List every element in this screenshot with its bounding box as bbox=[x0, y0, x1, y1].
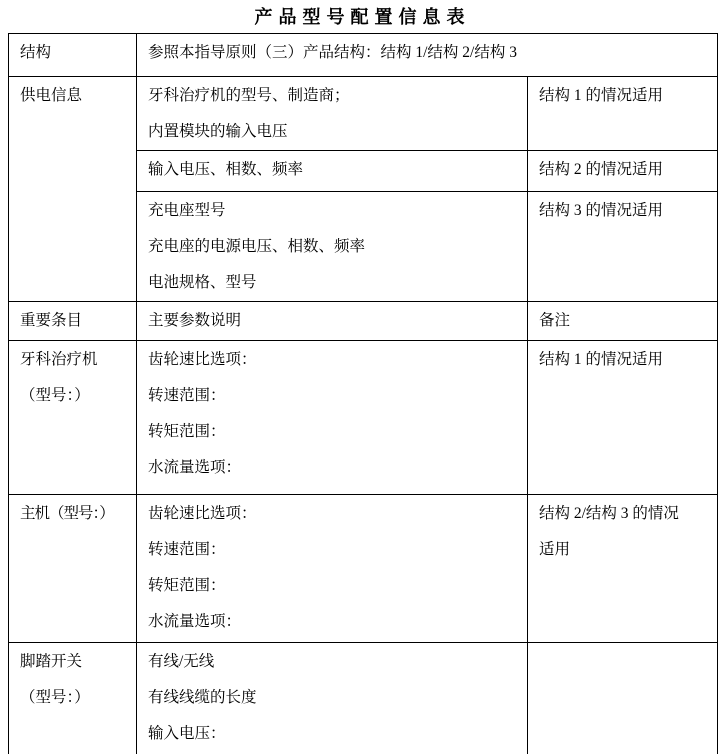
table-row-header: 重要条目 主要参数说明 备注 bbox=[9, 302, 718, 341]
cell-text: （型号：） bbox=[20, 378, 125, 414]
cell-dental-label: 牙科治疗机 （型号：） bbox=[9, 341, 137, 495]
cell-text: 牙科治疗机的型号、制造商； bbox=[148, 78, 516, 114]
cell-power-sub2-params: 输入电压、相数、频率 bbox=[137, 151, 528, 192]
cell-host-label: 主机（型号：） bbox=[9, 495, 137, 643]
cell-text: 内置模块的输入电压 bbox=[148, 114, 516, 150]
cell-power-sub1-note: 结构 1 的情况适用 bbox=[528, 77, 718, 151]
cell-text: 有线线缆的长度 bbox=[148, 680, 516, 716]
cell-text: 水流量选项： bbox=[148, 604, 516, 640]
table-row-structure: 结构 参照本指导原则（三）产品结构：结构 1/结构 2/结构 3 bbox=[9, 34, 718, 77]
cell-text: 充电座的电源电压、相数、频率 bbox=[148, 229, 516, 265]
cell-text: 结构 1 的情况适用 bbox=[539, 78, 706, 114]
cell-pedal-label: 脚踏开关 （型号：） bbox=[9, 643, 137, 754]
cell-power-label: 供电信息 bbox=[9, 77, 137, 302]
cell-power-sub1-params: 牙科治疗机的型号、制造商； 内置模块的输入电压 bbox=[137, 77, 528, 151]
cell-power-sub3-params: 充电座型号 充电座的电源电压、相数、频率 电池规格、型号 bbox=[137, 192, 528, 302]
cell-host-note: 结构 2/结构 3 的情况 适用 bbox=[528, 495, 718, 643]
cell-pedal-params: 有线/无线 有线线缆的长度 输入电压： bbox=[137, 643, 528, 754]
config-table: 结构 参照本指导原则（三）产品结构：结构 1/结构 2/结构 3 供电信息 牙科… bbox=[8, 33, 718, 754]
cell-text: 重要条目 bbox=[20, 303, 125, 339]
cell-dental-note: 结构 1 的情况适用 bbox=[528, 341, 718, 495]
cell-structure-value: 参照本指导原则（三）产品结构：结构 1/结构 2/结构 3 bbox=[137, 34, 718, 77]
cell-header-param: 主要参数说明 bbox=[137, 302, 528, 341]
cell-text: 转矩范围： bbox=[148, 414, 516, 450]
cell-text: 参照本指导原则（三）产品结构：结构 1/结构 2/结构 3 bbox=[148, 35, 706, 71]
cell-pedal-note-empty bbox=[528, 643, 718, 754]
page-title: 产品型号配置信息表 bbox=[0, 0, 725, 32]
cell-structure-label: 结构 bbox=[9, 34, 137, 77]
cell-text: 电池规格、型号 bbox=[148, 265, 516, 301]
document-page: 产品型号配置信息表 结构 参照本指导原则（三）产品结构：结构 1/结构 2/结构… bbox=[0, 0, 725, 754]
cell-text: 齿轮速比选项： bbox=[148, 342, 516, 378]
cell-header-note: 备注 bbox=[528, 302, 718, 341]
cell-text: 结构 bbox=[20, 35, 125, 71]
cell-text: 脚踏开关 bbox=[20, 644, 125, 680]
cell-text: 结构 3 的情况适用 bbox=[539, 193, 706, 229]
cell-text: 结构 2/结构 3 的情况 bbox=[539, 496, 706, 532]
cell-text: 供电信息 bbox=[20, 78, 125, 114]
cell-text: 适用 bbox=[539, 532, 706, 568]
table-row-dental-unit: 牙科治疗机 （型号：） 齿轮速比选项： 转速范围： 转矩范围： 水流量选项： 结… bbox=[9, 341, 718, 495]
cell-header-label: 重要条目 bbox=[9, 302, 137, 341]
cell-text: 水流量选项： bbox=[148, 450, 516, 486]
cell-host-params: 齿轮速比选项： 转速范围： 转矩范围： 水流量选项： bbox=[137, 495, 528, 643]
table-row-power-sub1: 供电信息 牙科治疗机的型号、制造商； 内置模块的输入电压 结构 1 的情况适用 bbox=[9, 77, 718, 151]
cell-text: 牙科治疗机 bbox=[20, 342, 125, 378]
cell-text: 充电座型号 bbox=[148, 193, 516, 229]
cell-text: 转速范围： bbox=[148, 378, 516, 414]
cell-power-sub3-note: 结构 3 的情况适用 bbox=[528, 192, 718, 302]
cell-text: 主要参数说明 bbox=[148, 303, 516, 339]
cell-dental-params: 齿轮速比选项： 转速范围： 转矩范围： 水流量选项： bbox=[137, 341, 528, 495]
cell-text: 转速范围： bbox=[148, 532, 516, 568]
table-row-foot-switch: 脚踏开关 （型号：） 有线/无线 有线线缆的长度 输入电压： bbox=[9, 643, 718, 754]
cell-text: 输入电压、相数、频率 bbox=[148, 152, 516, 188]
table-row-host-unit: 主机（型号：） 齿轮速比选项： 转速范围： 转矩范围： 水流量选项： 结构 2/… bbox=[9, 495, 718, 643]
cell-text: 转矩范围： bbox=[148, 568, 516, 604]
cell-text: 主机（型号：） bbox=[20, 496, 125, 532]
cell-power-sub2-note: 结构 2 的情况适用 bbox=[528, 151, 718, 192]
cell-text: （型号：） bbox=[20, 680, 125, 716]
cell-text: 有线/无线 bbox=[148, 644, 516, 680]
cell-text: 结构 2 的情况适用 bbox=[539, 152, 706, 188]
cell-text: 输入电压： bbox=[148, 716, 516, 752]
cell-text: 结构 1 的情况适用 bbox=[539, 342, 706, 378]
cell-text: 备注 bbox=[539, 303, 706, 339]
cell-text: 齿轮速比选项： bbox=[148, 496, 516, 532]
